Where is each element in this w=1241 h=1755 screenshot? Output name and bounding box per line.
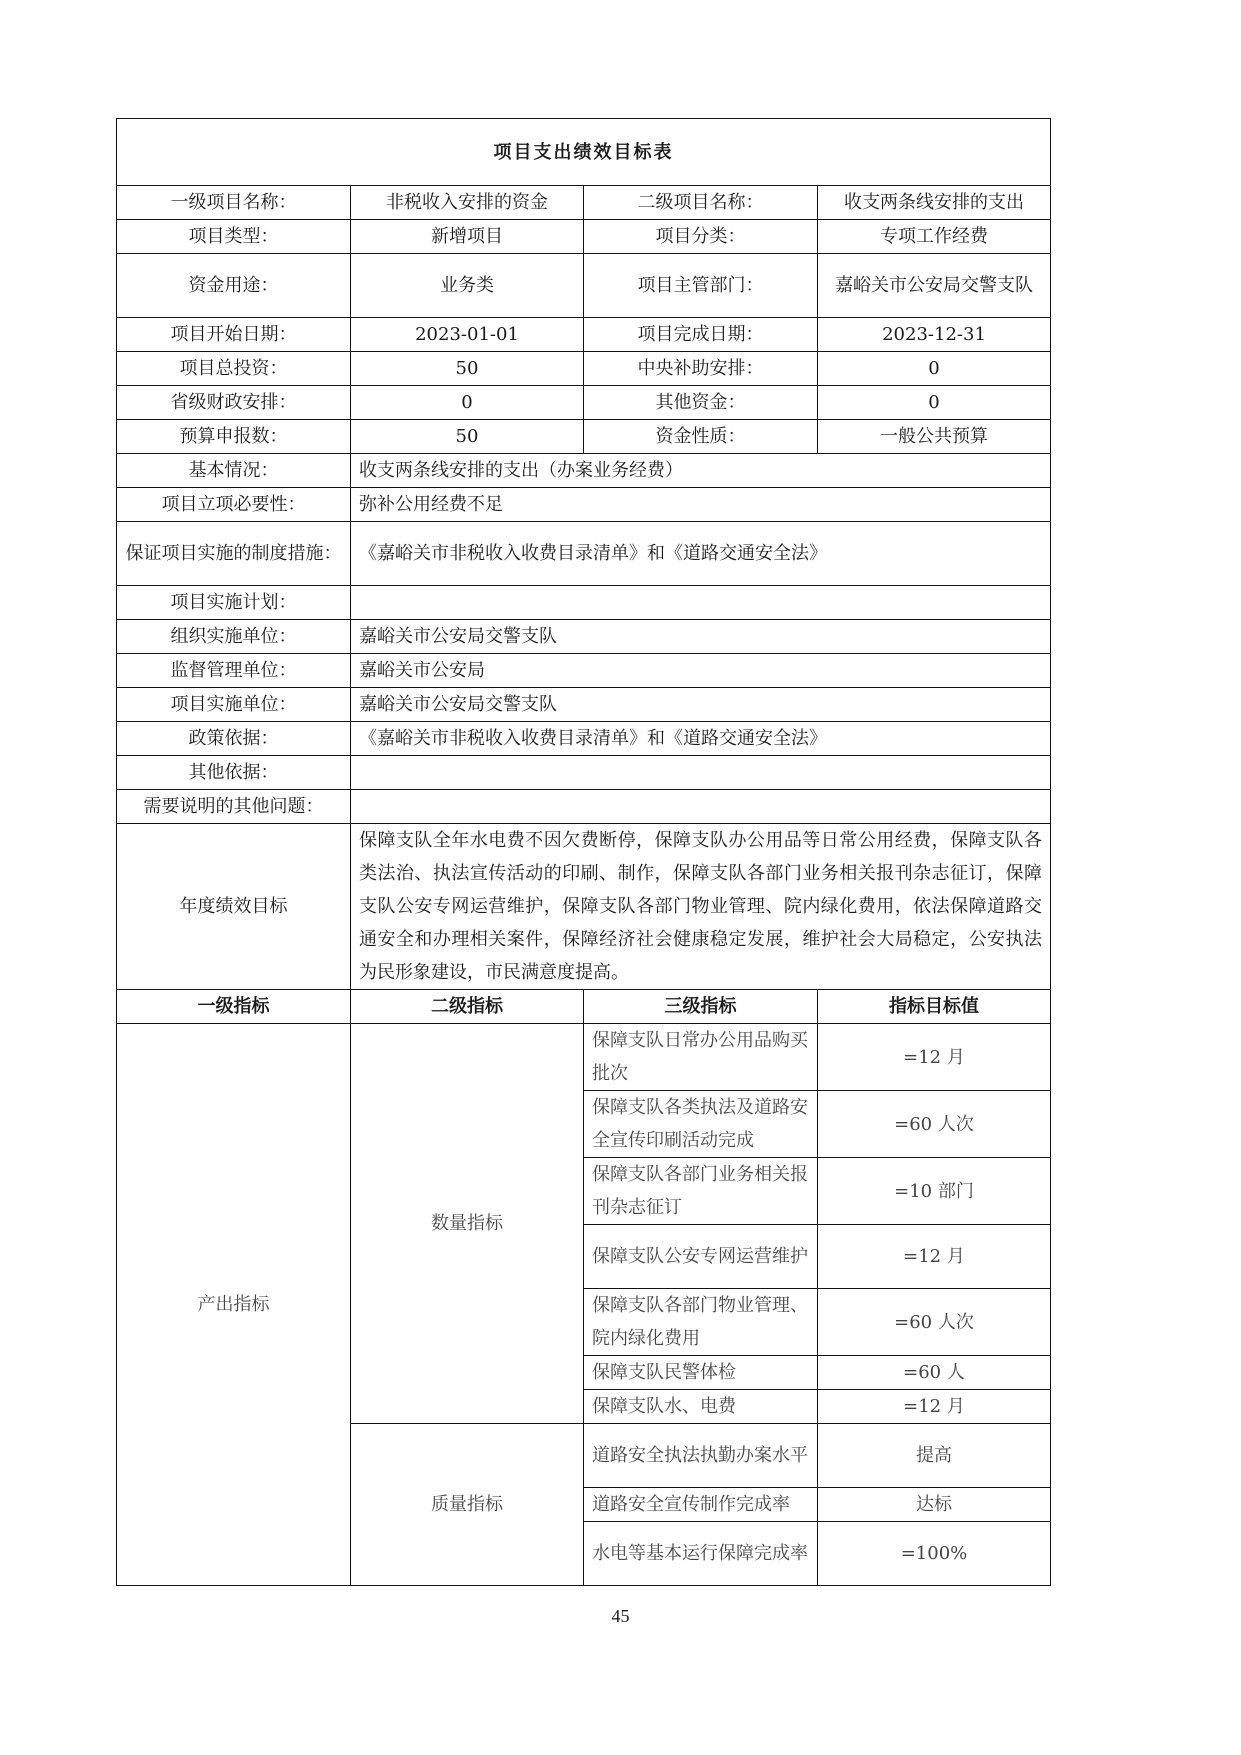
detail-row: 基本情况： 收支两条线安排的支出（办案业务经费） — [117, 454, 1051, 488]
field-label: 项目总投资： — [117, 352, 351, 386]
detail-label: 项目立项必要性： — [117, 488, 351, 522]
level3-name: 道路安全宣传制作完成率 — [584, 1488, 818, 1522]
target-value: =12 月 — [818, 1225, 1051, 1289]
field-value: 一般公共预算 — [818, 420, 1051, 454]
field-value: 非税收入安排的资金 — [351, 186, 584, 220]
target-value: =100% — [818, 1522, 1051, 1586]
detail-row: 监督管理单位： 嘉峪关市公安局 — [117, 654, 1051, 688]
field-label: 省级财政安排： — [117, 386, 351, 420]
detail-value: 嘉峪关市公安局交警支队 — [351, 620, 1051, 654]
header-level2: 二级指标 — [351, 990, 584, 1024]
level3-name: 保障支队日常办公用品购买批次 — [584, 1024, 818, 1091]
field-label: 一级项目名称： — [117, 186, 351, 220]
detail-row: 其他依据： — [117, 756, 1051, 790]
detail-label: 保证项目实施的制度措施： — [117, 522, 351, 586]
field-value: 专项工作经费 — [818, 220, 1051, 254]
field-value: 2023-12-31 — [818, 318, 1051, 352]
detail-label: 基本情况： — [117, 454, 351, 488]
detail-row: 需要说明的其他问题： — [117, 790, 1051, 824]
annual-target-row: 年度绩效目标 保障支队全年水电费不因欠费断停，保障支队办公用品等日常公用经费，保… — [117, 824, 1051, 990]
info-row: 资金用途： 业务类 项目主管部门： 嘉峪关市公安局交警支队 — [117, 254, 1051, 318]
level3-name: 保障支队公安专网运营维护 — [584, 1225, 818, 1289]
field-label: 二级项目名称： — [584, 186, 818, 220]
target-value: =10 部门 — [818, 1158, 1051, 1225]
field-value: 嘉峪关市公安局交警支队 — [818, 254, 1051, 318]
detail-row: 政策依据： 《嘉峪关市非税收入收费目录清单》和《道路交通安全法》 — [117, 722, 1051, 756]
detail-value: 收支两条线安排的支出（办案业务经费） — [351, 454, 1051, 488]
detail-row: 组织实施单位： 嘉峪关市公安局交警支队 — [117, 620, 1051, 654]
page-number: 45 — [0, 1606, 1241, 1627]
detail-label: 组织实施单位： — [117, 620, 351, 654]
field-label: 其他资金： — [584, 386, 818, 420]
info-row: 项目总投资： 50 中央补助安排： 0 — [117, 352, 1051, 386]
field-value: 50 — [351, 420, 584, 454]
field-label: 预算申报数： — [117, 420, 351, 454]
target-value: =12 月 — [818, 1390, 1051, 1424]
detail-value: 嘉峪关市公安局交警支队 — [351, 688, 1051, 722]
field-value: 0 — [818, 386, 1051, 420]
level2-quantity: 数量指标 — [351, 1024, 584, 1424]
field-label: 资金性质： — [584, 420, 818, 454]
detail-row: 项目实施单位： 嘉峪关市公安局交警支队 — [117, 688, 1051, 722]
field-label: 中央补助安排： — [584, 352, 818, 386]
indicator-row: 产出指标 数量指标 保障支队日常办公用品购买批次 =12 月 — [117, 1024, 1051, 1091]
detail-row: 项目立项必要性： 弥补公用经费不足 — [117, 488, 1051, 522]
info-row: 一级项目名称： 非税收入安排的资金 二级项目名称： 收支两条线安排的支出 — [117, 186, 1051, 220]
field-value: 收支两条线安排的支出 — [818, 186, 1051, 220]
target-value: =60 人次 — [818, 1091, 1051, 1158]
detail-row: 项目实施计划： — [117, 586, 1051, 620]
detail-value: 弥补公用经费不足 — [351, 488, 1051, 522]
field-value: 新增项目 — [351, 220, 584, 254]
header-target: 指标目标值 — [818, 990, 1051, 1024]
detail-label: 需要说明的其他问题： — [117, 790, 351, 824]
target-value: 提高 — [818, 1424, 1051, 1488]
field-label: 资金用途： — [117, 254, 351, 318]
detail-label: 其他依据： — [117, 756, 351, 790]
detail-value: 《嘉峪关市非税收入收费目录清单》和《道路交通安全法》 — [351, 722, 1051, 756]
detail-value: 《嘉峪关市非税收入收费目录清单》和《道路交通安全法》 — [351, 522, 1051, 586]
info-row: 项目开始日期： 2023-01-01 项目完成日期： 2023-12-31 — [117, 318, 1051, 352]
detail-label: 监督管理单位： — [117, 654, 351, 688]
field-label: 项目类型： — [117, 220, 351, 254]
target-value: =60 人 — [818, 1356, 1051, 1390]
detail-label: 政策依据： — [117, 722, 351, 756]
header-level3: 三级指标 — [584, 990, 818, 1024]
level2-quality: 质量指标 — [351, 1424, 584, 1586]
level1-output: 产出指标 — [117, 1024, 351, 1586]
field-label: 项目分类： — [584, 220, 818, 254]
level3-name: 保障支队各部门业务相关报刊杂志征订 — [584, 1158, 818, 1225]
detail-value — [351, 756, 1051, 790]
indicator-header-row: 一级指标 二级指标 三级指标 指标目标值 — [117, 990, 1051, 1024]
level3-name: 道路安全执法执勤办案水平 — [584, 1424, 818, 1488]
field-label: 项目完成日期： — [584, 318, 818, 352]
field-value: 50 — [351, 352, 584, 386]
detail-value — [351, 586, 1051, 620]
detail-row: 保证项目实施的制度措施： 《嘉峪关市非税收入收费目录清单》和《道路交通安全法》 — [117, 522, 1051, 586]
target-value: =60 人次 — [818, 1289, 1051, 1356]
field-value: 0 — [818, 352, 1051, 386]
target-value: =12 月 — [818, 1024, 1051, 1091]
level3-name: 水电等基本运行保障完成率 — [584, 1522, 818, 1586]
detail-value — [351, 790, 1051, 824]
annual-target-text: 保障支队全年水电费不因欠费断停，保障支队办公用品等日常公用经费，保障支队各类法治… — [351, 824, 1051, 990]
level3-name: 保障支队各部门物业管理、院内绿化费用 — [584, 1289, 818, 1356]
target-value: 达标 — [818, 1488, 1051, 1522]
info-row: 预算申报数： 50 资金性质： 一般公共预算 — [117, 420, 1051, 454]
field-label: 项目主管部门： — [584, 254, 818, 318]
header-level1: 一级指标 — [117, 990, 351, 1024]
level3-name: 保障支队各类执法及道路安全宣传印刷活动完成 — [584, 1091, 818, 1158]
field-value: 业务类 — [351, 254, 584, 318]
detail-label: 项目实施计划： — [117, 586, 351, 620]
page-title: 项目支出绩效目标表 — [117, 119, 1051, 186]
detail-label: 项目实施单位： — [117, 688, 351, 722]
detail-value: 嘉峪关市公安局 — [351, 654, 1051, 688]
field-value: 2023-01-01 — [351, 318, 584, 352]
info-row: 项目类型： 新增项目 项目分类： 专项工作经费 — [117, 220, 1051, 254]
info-row: 省级财政安排： 0 其他资金： 0 — [117, 386, 1051, 420]
field-label: 项目开始日期： — [117, 318, 351, 352]
performance-target-table: 项目支出绩效目标表 一级项目名称： 非税收入安排的资金 二级项目名称： 收支两条… — [116, 118, 1051, 1586]
annual-target-label: 年度绩效目标 — [117, 824, 351, 990]
field-value: 0 — [351, 386, 584, 420]
level3-name: 保障支队民警体检 — [584, 1356, 818, 1390]
level3-name: 保障支队水、电费 — [584, 1390, 818, 1424]
